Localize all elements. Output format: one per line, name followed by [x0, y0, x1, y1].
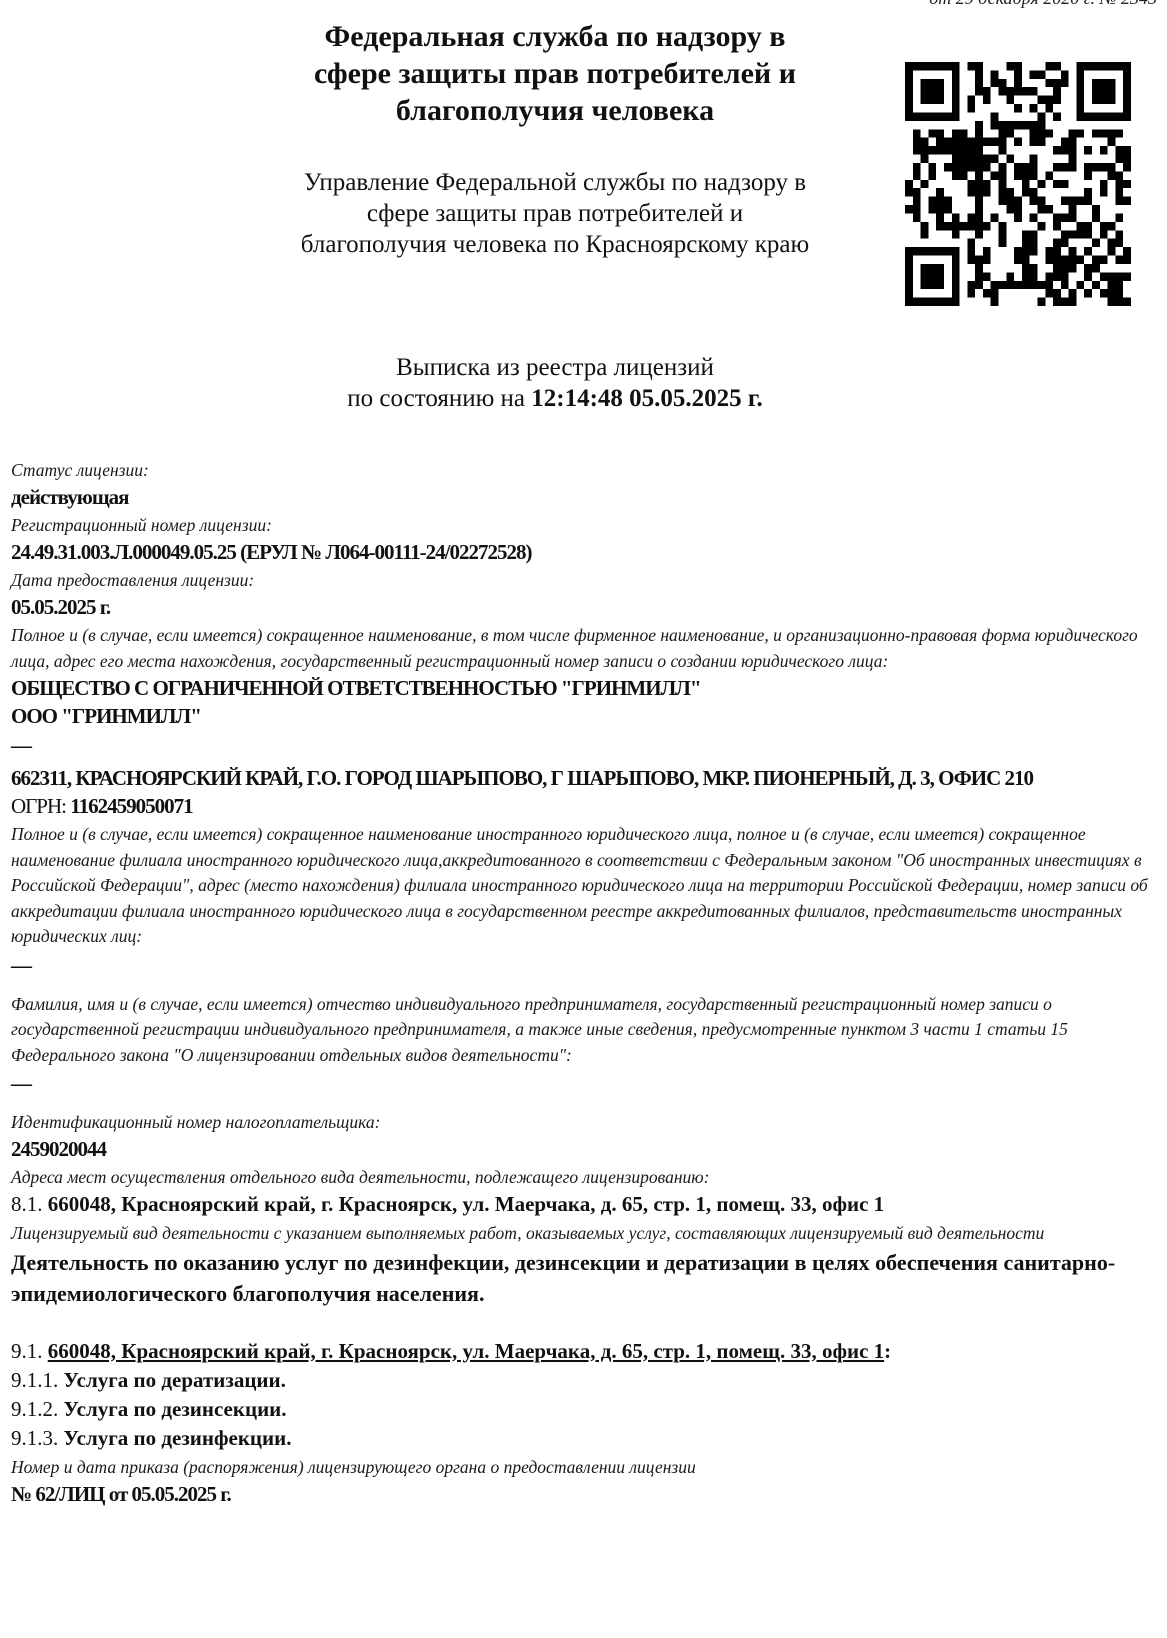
service-item: 9.1.2. Услуга по дезинсекции. — [11, 1395, 1161, 1424]
as-of-prefix: по состоянию на — [347, 385, 525, 412]
services-address: 9.1. 660048, Красноярский край, г. Красн… — [11, 1337, 1161, 1366]
service-text: Услуга по дератизации. — [64, 1368, 286, 1392]
activity-address-num: 8.1. — [11, 1192, 43, 1216]
reg-number-value: 24.49.31.003.Л.000049.05.25 (ЕРУЛ № Л064… — [11, 538, 1161, 566]
services-address-text: 660048, Красноярский край, г. Красноярск… — [48, 1339, 884, 1363]
order-label: Номер и дата приказа (распоряжения) лице… — [11, 1455, 1161, 1480]
legal-entity-label: Полное и (в случае, если имеется) сокращ… — [11, 623, 1161, 674]
service-num: 9.1.2. — [11, 1397, 58, 1421]
service-text: Услуга по дезинфекции. — [64, 1426, 292, 1450]
extract-heading: Выписка из реестра лицензий по состоянию… — [250, 352, 860, 414]
service-item: 9.1.1. Услуга по дератизации. — [11, 1366, 1161, 1395]
agency-line: Федеральная служба по надзору в — [250, 18, 860, 55]
status-value: действующая — [11, 483, 1161, 511]
service-text: Услуга по дезинсекции. — [64, 1397, 287, 1421]
legal-entity-full-name: ОБЩЕСТВО С ОГРАНИЧЕННОЙ ОТВЕТСТВЕННОСТЬЮ… — [11, 674, 1161, 702]
department-line: сфере защиты прав потребителей и — [250, 198, 860, 229]
individual-value: — — [11, 1068, 1161, 1098]
department-name: Управление Федеральной службы по надзору… — [250, 167, 860, 260]
ogrn: ОГРН: 1162459050071 — [11, 792, 1161, 820]
service-item: 9.1.3. Услуга по дезинфекции. — [11, 1424, 1161, 1453]
order-value: № 62/ЛИЦ от 05.05.2025 г. — [11, 1480, 1161, 1508]
activity-addresses-label: Адреса мест осуществления отдельного вид… — [11, 1165, 1161, 1190]
individual-label: Фамилия, имя и (в случае, если имеется) … — [11, 992, 1161, 1069]
document-header: Федеральная служба по надзору в сфере за… — [250, 18, 860, 260]
legal-entity-short-name: ООО "ГРИНМИЛЛ" — [11, 702, 1161, 730]
grant-date-label: Дата предоставления лицензии: — [11, 568, 1161, 593]
inn-value: 2459020044 — [11, 1135, 1161, 1163]
activity-type-label: Лицензируемый вид деятельности с указани… — [11, 1221, 1161, 1247]
legal-entity-address: 662311, КРАСНОЯРСКИЙ КРАЙ, Г.О. ГОРОД ША… — [11, 764, 1161, 792]
agency-line: благополучия человека — [250, 92, 860, 129]
license-details: Статус лицензии: действующая Регистрацио… — [11, 458, 1161, 1508]
services-address-suffix: : — [884, 1339, 891, 1363]
services-address-num: 9.1. — [11, 1339, 43, 1363]
extract-as-of: по состоянию на 12:14:48 05.05.2025 г. — [250, 383, 860, 414]
agency-line: сфере защиты прав потребителей и — [250, 55, 860, 92]
foreign-entity-value: — — [11, 950, 1161, 980]
service-num: 9.1.1. — [11, 1368, 58, 1392]
top-note: от 29 декабря 2020 г. № 2343 — [929, 0, 1157, 9]
inn-label: Идентификационный номер налогоплательщик… — [11, 1110, 1161, 1135]
extract-title: Выписка из реестра лицензий — [250, 352, 860, 383]
department-line: благополучия человека по Красноярскому к… — [250, 229, 860, 260]
legal-entity-brand-name: — — [11, 730, 1161, 760]
grant-date-value: 05.05.2025 г. — [11, 593, 1161, 621]
activity-type-value: Деятельность по оказанию услуг по дезинф… — [11, 1247, 1161, 1309]
foreign-entity-label: Полное и (в случае, если имеется) сокращ… — [11, 822, 1161, 950]
agency-name: Федеральная служба по надзору в сфере за… — [250, 18, 860, 129]
as-of-value: 12:14:48 05.05.2025 г. — [531, 385, 762, 412]
activity-address-text: 660048, Красноярский край, г. Красноярск… — [48, 1192, 884, 1216]
status-label: Статус лицензии: — [11, 458, 1161, 483]
ogrn-value: 1162459050071 — [70, 794, 192, 818]
ogrn-label: ОГРН: — [11, 794, 66, 818]
reg-number-label: Регистрационный номер лицензии: — [11, 513, 1161, 538]
activity-address-item: 8.1. 660048, Красноярский край, г. Красн… — [11, 1190, 1161, 1219]
department-line: Управление Федеральной службы по надзору… — [250, 167, 860, 198]
qr-code-icon — [905, 62, 1131, 306]
service-num: 9.1.3. — [11, 1426, 58, 1450]
